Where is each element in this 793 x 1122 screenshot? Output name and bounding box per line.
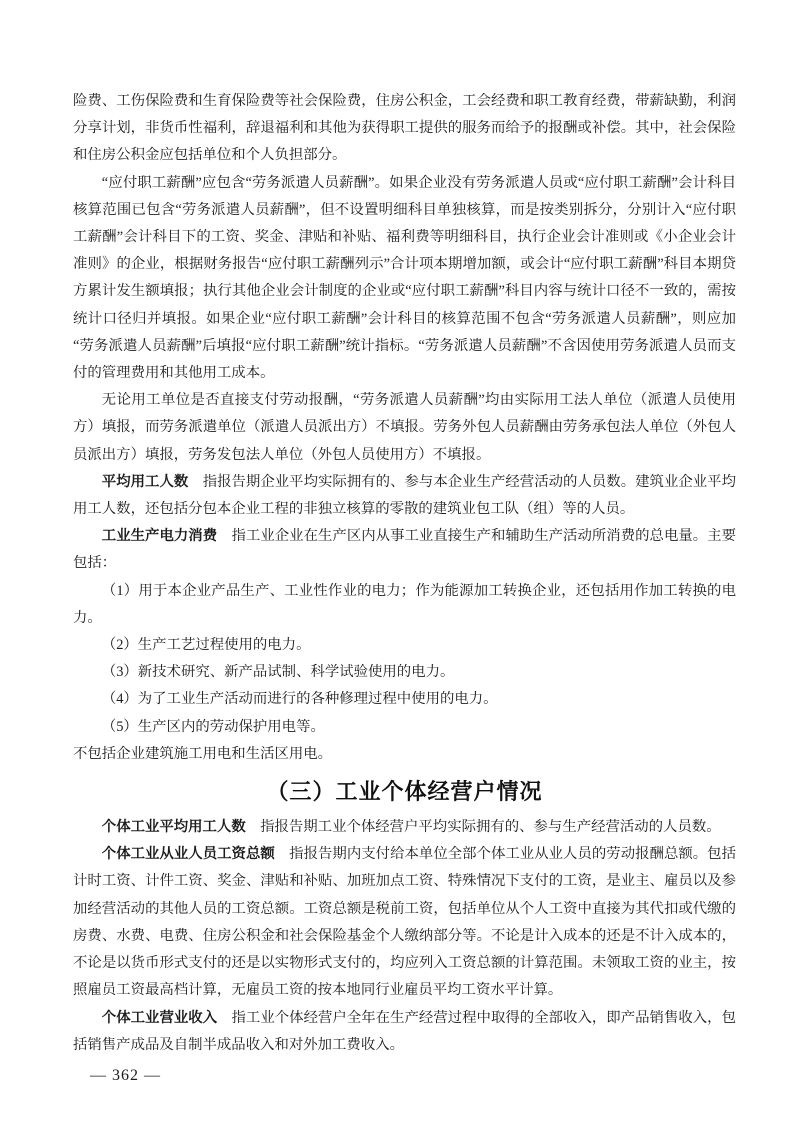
paragraph-electricity-exclusion: 不包括企业建筑施工用电和生活区用电。 bbox=[73, 741, 736, 768]
definition-self-wages: 个体工业从业人员工资总额指报告期内支付给本单位全部个体工业从业人员的劳动报酬总额… bbox=[73, 841, 736, 1004]
definition-term: 工业生产电力消费 bbox=[102, 528, 217, 544]
paragraph-dispatch-reporting: 无论用工单位是否直接支付劳动报酬，“劳务派遣人员薪酬”均由实际用工法人单位（派遣… bbox=[73, 387, 736, 469]
list-item-4: （4）为了工业生产活动而进行的各种修理过程中使用的电力。 bbox=[73, 686, 736, 713]
definition-text: 指报告期工业个体经营户平均实际拥有的、参与生产经营活动的人员数。 bbox=[260, 819, 721, 835]
definition-text: 指报告期内支付给本单位全部个体工业从业人员的劳动报酬总额。包括计时工资、计件工资… bbox=[73, 846, 736, 998]
document-page: 险费、工伤保险费和生育保险费等社会保险费，住房公积金，工会经费和职工教育经费，带… bbox=[0, 0, 793, 1122]
section-heading: （三）工业个体经营户情况 bbox=[73, 777, 736, 807]
list-item-1: （1）用于本企业产品生产、工业性作业的电力；作为能源加工转换企业，还包括用作加工… bbox=[73, 578, 736, 632]
paragraph-continuation: 险费、工伤保险费和生育保险费等社会保险费，住房公积金，工会经费和职工教育经费，带… bbox=[73, 88, 736, 170]
page-number: — 362 — bbox=[73, 1065, 736, 1087]
definition-avg-workers: 平均用工人数指报告期企业平均实际拥有的、参与本企业生产经营活动的人员数。建筑业企… bbox=[73, 469, 736, 523]
definition-term: 平均用工人数 bbox=[102, 474, 189, 490]
definition-term: 个体工业从业人员工资总额 bbox=[102, 846, 275, 862]
definition-term: 个体工业营业收入 bbox=[102, 1010, 217, 1026]
list-item-5: （5）生产区内的劳动保护用电等。 bbox=[73, 714, 736, 741]
list-item-3: （3）新技术研究、新产品试制、科学试验使用的电力。 bbox=[73, 659, 736, 686]
definition-electricity: 工业生产电力消费指工业企业在生产区内从事工业直接生产和辅助生产活动所消费的总电量… bbox=[73, 523, 736, 577]
paragraph-payroll-accounting: “应付职工薪酬”应包含“劳务派遣人员薪酬”。如果企业没有劳务派遣人员或“应付职工… bbox=[73, 170, 736, 388]
definition-self-avg-workers: 个体工业平均用工人数指报告期工业个体经营户平均实际拥有的、参与生产经营活动的人员… bbox=[73, 814, 736, 841]
definition-term: 个体工业平均用工人数 bbox=[102, 819, 246, 835]
definition-self-revenue: 个体工业营业收入指工业个体经营户全年在生产经营过程中取得的全部收入，即产品销售收… bbox=[73, 1005, 736, 1059]
list-item-2: （2）生产工艺过程使用的电力。 bbox=[73, 632, 736, 659]
